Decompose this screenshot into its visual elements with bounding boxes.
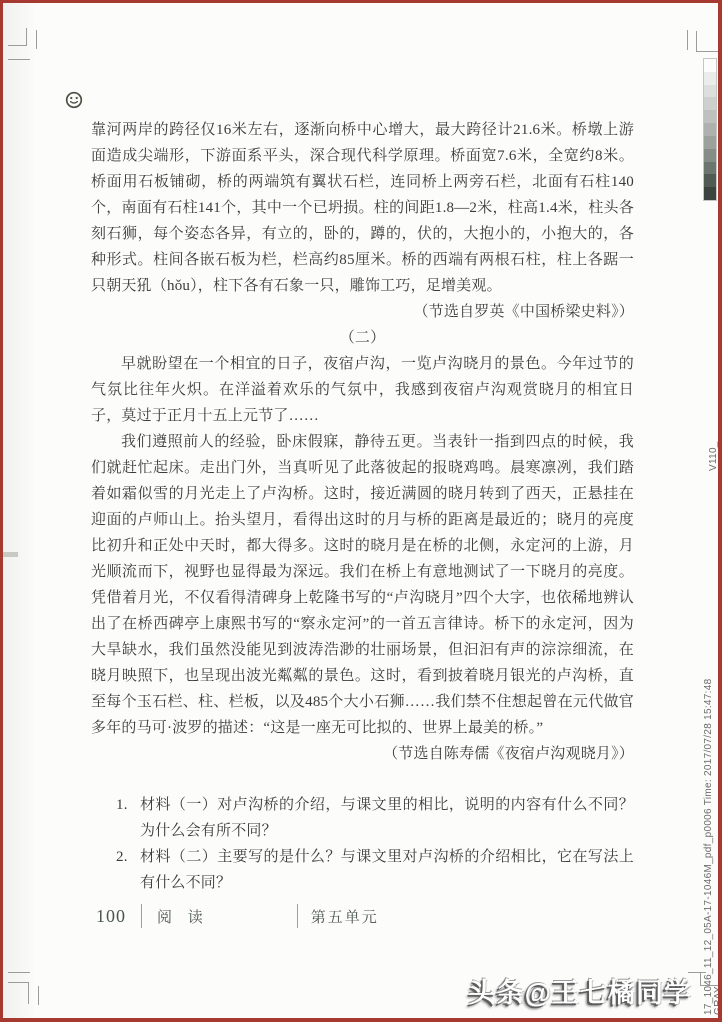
material-1-paragraph: 靠河两岸的跨径仅16米左右，逐渐向桥中心增大，最大跨径计21.6米。桥墩上游面造… xyxy=(91,117,634,299)
question-1-text: 材料（一）对卢沟桥的介绍，与课文里的相比，说明的内容有什么不同？为什么会有所不同… xyxy=(140,797,634,839)
grayscale-calibration-strip xyxy=(703,58,717,201)
scan-fileinfo-label: 17_1046_11_12_05A-17-1046M_pdf_p0006 Tim… xyxy=(704,591,722,1015)
scan-edge-shade xyxy=(3,3,37,1018)
smiley-icon xyxy=(65,91,83,109)
watermark-text: 头条@王七橘同学 xyxy=(469,971,692,1010)
page-text-column: 靠河两岸的跨径仅16米左右，逐渐向桥中心增大，最大跨径计21.6米。桥墩上游面造… xyxy=(91,117,634,896)
scan-version-label: V110_ xyxy=(709,415,719,471)
scanned-textbook-page: 靠河两岸的跨径仅16米左右，逐渐向桥中心增大，最大跨径计21.6米。桥墩上游面造… xyxy=(0,0,722,1022)
question-2-number: 2. xyxy=(116,844,128,870)
material-2-paragraph-2: 我们遵照前人的经验，卧床假寐，静待五更。当表针一指到四点的时候，我们就赶忙起床。… xyxy=(91,429,634,741)
question-1: 1. 材料（一）对卢沟桥的介绍，与课文里的相比，说明的内容有什么不同？为什么会有… xyxy=(116,792,634,844)
footer-section-label: 阅 读 xyxy=(157,906,209,927)
footer-unit-label: 第五单元 xyxy=(311,906,379,927)
questions-list: 1. 材料（一）对卢沟桥的介绍，与课文里的相比，说明的内容有什么不同？为什么会有… xyxy=(91,792,634,896)
question-1-number: 1. xyxy=(116,792,128,818)
page-number: 100 xyxy=(96,906,126,927)
scan-colormode-label: GRAY xyxy=(714,591,722,1015)
footer-divider-2 xyxy=(297,904,298,928)
page-footer: 100 阅 读 第五单元 xyxy=(96,904,379,928)
question-2: 2. 材料（二）主要写的是什么？与课文里对卢沟桥的介绍相比，它在写法上有什么不同… xyxy=(116,844,634,896)
scan-file-string: 17_1046_11_12_05A-17-1046M_pdf_p0006 Tim… xyxy=(704,591,714,1015)
material-1-attribution: （节选自罗英《中国桥梁史料》） xyxy=(91,299,634,325)
scan-artifact-dash xyxy=(3,552,18,557)
material-2-paragraph-1: 早就盼望在一个相宜的日子，夜宿卢沟，一览卢沟晓月的景色。今年过节的气氛比往年火炽… xyxy=(91,351,634,429)
question-2-text: 材料（二）主要写的是什么？与课文里对卢沟桥的介绍相比，它在写法上有什么不同？ xyxy=(140,849,634,891)
footer-divider-1 xyxy=(141,904,142,928)
material-2-attribution: （节选自陈寿儒《夜宿卢沟观晓月》） xyxy=(91,741,634,767)
material-2-heading: （二） xyxy=(91,325,634,351)
